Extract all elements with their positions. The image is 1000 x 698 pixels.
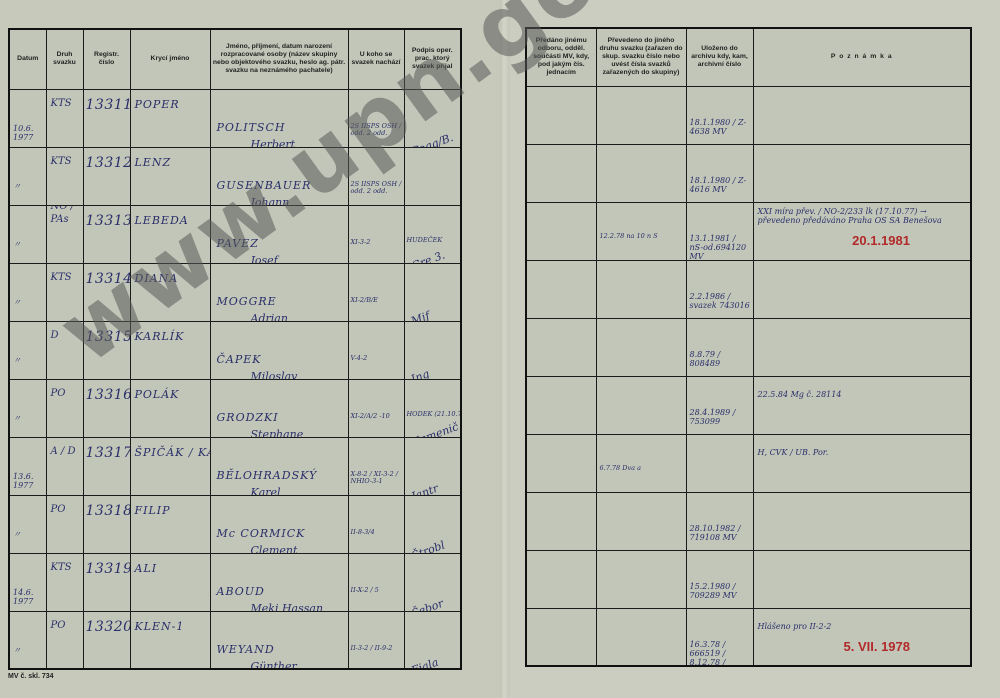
cell-location: V-4-2: [348, 321, 404, 379]
note-text: XXI míra přev. / NO-2/233 lk (17.10.77) …: [758, 207, 968, 225]
signature-note: HUDEČEK: [407, 237, 443, 244]
signature-note: HODEK (21.10.78): [407, 411, 462, 418]
cell-handover: [526, 260, 596, 318]
cell-date: 〃: [9, 611, 46, 669]
cell-archived: 18.1.1980 / Z-4638 MV: [686, 86, 753, 144]
cell-location: 2S IISPS OSH / odd. 2 odd.: [348, 89, 404, 147]
signature: Gre 3.: [409, 248, 446, 263]
location-text: X-8-2 / XI-3-2 / NHIO-3-1: [351, 471, 403, 485]
location-text: 2S IISPS OSH / odd. 2 odd.: [351, 181, 403, 195]
type-text: KTS: [51, 155, 81, 168]
cell-reg: 13320: [83, 611, 130, 669]
cell-converted: [596, 376, 686, 434]
header-registr-cislo: Registr. číslo: [83, 29, 130, 89]
location-text: V-4-2: [351, 355, 403, 362]
location-text: XI-2/B/E: [351, 297, 403, 304]
cell-person: WEYAND Günther 6.11.1919: [210, 611, 348, 669]
reg-number: 13319: [86, 563, 131, 576]
cell-archived: [686, 434, 753, 492]
cell-note: 5. VII. 1978 Hlášeno pro II-2-2: [753, 608, 971, 666]
type-text: PO: [51, 503, 81, 516]
cell-converted: [596, 86, 686, 144]
header-predano: Předáno jinému odboru, odděl. součásti M…: [526, 28, 596, 86]
signature: Šebor: [409, 597, 444, 611]
table-row: 18.1.1980 / Z-4638 MV: [526, 86, 971, 144]
cell-type: PO: [46, 379, 83, 437]
cell-handover: [526, 434, 596, 492]
cell-converted: [596, 608, 686, 666]
date-text: 〃: [13, 530, 43, 539]
cell-handover: [526, 376, 596, 434]
cell-date: 〃: [9, 379, 46, 437]
cell-note: [753, 260, 971, 318]
cell-cover-name: ŠPIČÁK / KAREL: [130, 437, 210, 495]
cell-location: XI-3-2: [348, 205, 404, 263]
date-text: 10.6. 1977: [13, 124, 43, 142]
cell-signature: Jantr: [404, 437, 461, 495]
cell-cover-name: LEBEDA: [130, 205, 210, 263]
cell-archived: 28.4.1989 / 753099: [686, 376, 753, 434]
type-text: PO: [51, 387, 81, 400]
header-poznamka: P o z n á m k a: [753, 28, 971, 86]
cell-reg: 13314: [83, 263, 130, 321]
table-row: 13.6. 1977 A / D 13317 ŠPIČÁK / KAREL BĚ…: [9, 437, 461, 495]
cell-cover-name: POPER: [130, 89, 210, 147]
form-code: MV č. skl. 734: [8, 673, 54, 680]
cell-handover: [526, 318, 596, 376]
cell-reg: 13318: [83, 495, 130, 553]
header-podpis: Podpis oper. prac. ktorý svazek přijal: [404, 29, 461, 89]
cell-reg: 13317: [83, 437, 130, 495]
cell-archived: 18.1.1980 / Z-4616 MV: [686, 144, 753, 202]
date-text: 14.6. 1977: [13, 588, 43, 606]
cell-signature: HUDEČEK Gre 3.: [404, 205, 461, 263]
cell-person: MOGGRE Adrian 18.2.1924: [210, 263, 348, 321]
table-row: 2.2.1986 / svazek 743016: [526, 260, 971, 318]
type-text: KTS: [51, 271, 81, 284]
type-text: D: [51, 329, 81, 342]
note-text: Hlášeno pro II-2-2: [758, 622, 968, 631]
reg-number: 13313: [86, 215, 131, 228]
cell-converted: [596, 144, 686, 202]
date-text: 〃: [13, 240, 43, 249]
header-kryci-jmeno: Krycí jméno: [130, 29, 210, 89]
cell-cover-name: KARLÍK: [130, 321, 210, 379]
cover-name: LEBEDA: [135, 214, 189, 227]
cover-name: KLEN-1: [135, 620, 185, 633]
archived-text: 28.10.1982 / 719108 MV: [690, 524, 752, 542]
cover-name: LENZ: [135, 156, 172, 169]
archived-text: 8.8.79 / 808489: [690, 350, 752, 368]
cell-cover-name: KLEN-1: [130, 611, 210, 669]
archived-text: 18.1.1980 / Z-4616 MV: [690, 176, 752, 194]
location-text: II-8-3/4: [351, 529, 403, 536]
right-table-header: Předáno jinému odboru, odděl. součásti M…: [526, 28, 971, 86]
date-text: 〃: [13, 414, 43, 423]
signature: Fiala: [409, 655, 440, 669]
person-surname: POLITSCH: [217, 121, 286, 134]
cell-person: POLITSCH Herbert 8.10.1935: [210, 89, 348, 147]
signature: Štrobl: [409, 539, 446, 553]
converted-text: 12.2.78 na 10 n S: [600, 233, 658, 240]
table-row: 28.10.1982 / 719108 MV: [526, 492, 971, 550]
cell-type: KTS: [46, 263, 83, 321]
cell-person: GUSENBAUER Johann 22.11.1942: [210, 147, 348, 205]
cell-cover-name: FILIP: [130, 495, 210, 553]
cover-name: ALI: [135, 562, 158, 575]
cell-signature: Mif: [404, 263, 461, 321]
type-text: NO / PAs: [51, 205, 81, 226]
cell-note: [753, 86, 971, 144]
person-surname: WEYAND: [217, 643, 275, 656]
person-given-name: Herbert: [251, 138, 296, 147]
cell-note: 20.1.1981 XXI míra přev. / NO-2/233 lk (…: [753, 202, 971, 260]
header-jmeno-prijmeni: Jméno, příjmení, datum narození rozpraco…: [210, 29, 348, 89]
signature: Jantr: [409, 482, 440, 495]
archived-text: 15.2.1980 / 709289 MV: [690, 582, 752, 600]
cell-handover: [526, 550, 596, 608]
left-register-table: Datum Druh svazku Registr. číslo Krycí j…: [8, 28, 462, 670]
cell-date: 〃: [9, 321, 46, 379]
person-surname: Mc CORMICK: [217, 527, 306, 540]
person-given-name: Stephane: [251, 428, 304, 437]
person-surname: ČAPEK: [217, 353, 262, 366]
cell-type: PO: [46, 495, 83, 553]
cell-signature: HODEK (21.10.78) Kamenič: [404, 379, 461, 437]
reg-number: 13311: [86, 99, 131, 112]
cell-signature: Ing: [404, 321, 461, 379]
archived-text: 16.3.78 / 666519 / 8.12.78 / 666519 MV: [690, 640, 752, 666]
cell-type: D: [46, 321, 83, 379]
person-surname: GUSENBAUER: [217, 179, 312, 192]
cell-type: A / D: [46, 437, 83, 495]
cell-person: Mc CORMICK Clement 23.12.1929: [210, 495, 348, 553]
cell-archived: 15.2.1980 / 709289 MV: [686, 550, 753, 608]
cell-type: KTS: [46, 553, 83, 611]
date-text: 〃: [13, 646, 43, 655]
header-u-koho: U koho se svazek nachází: [348, 29, 404, 89]
signature: Mif: [409, 309, 431, 321]
person-given-name: Meki Hassan: [251, 602, 324, 611]
cell-person: BĚLOHRADSKÝ Karel 7.11.1943: [210, 437, 348, 495]
reg-number: 13315: [86, 331, 131, 344]
cell-type: KTS: [46, 147, 83, 205]
table-row: 〃 KTS 13314 DIANA MOGGRE Adrian 18.2.192…: [9, 263, 461, 321]
cell-archived: 28.10.1982 / 719108 MV: [686, 492, 753, 550]
person-given-name: Günther: [251, 660, 297, 669]
person-given-name: Johann: [251, 196, 290, 205]
cell-handover: [526, 202, 596, 260]
reg-number: 13320: [86, 621, 131, 634]
cell-handover: [526, 86, 596, 144]
table-row: 6.7.78 Dva a H, CVK / UB. Por.: [526, 434, 971, 492]
cell-reg: 13311: [83, 89, 130, 147]
reg-number: 13312: [86, 157, 131, 170]
cell-person: PAVEZ Josef 25.10.1944: [210, 205, 348, 263]
cover-name: POLÁK: [135, 388, 180, 401]
archived-text: 18.1.1980 / Z-4638 MV: [690, 118, 752, 136]
location-text: 2S IISPS OSH / odd. 2 odd.: [351, 123, 403, 137]
cell-handover: [526, 608, 596, 666]
table-row: 15.2.1980 / 709289 MV: [526, 550, 971, 608]
person-given-name: Adrian: [251, 312, 288, 321]
table-row: 〃 PO 13318 FILIP Mc CORMICK Clement 23.1…: [9, 495, 461, 553]
note-text: 22.5.84 Mg č. 28114: [758, 390, 968, 399]
table-row: 〃 D 13315 KARLÍK ČAPEK Miloslav 17.2.192…: [9, 321, 461, 379]
reg-number: 13316: [86, 389, 131, 402]
person-surname: BĚLOHRADSKÝ: [217, 469, 318, 482]
date-text: 〃: [13, 182, 43, 191]
header-ulozeno: Uloženo do archivu kdy, kam, archivní čí…: [686, 28, 753, 86]
cell-location: XI-2/B/E: [348, 263, 404, 321]
cell-signature: Štrobl: [404, 495, 461, 553]
cell-date: 〃: [9, 205, 46, 263]
cover-name: ŠPIČÁK / KAREL: [135, 446, 211, 459]
reg-number: 13317: [86, 447, 131, 460]
cell-reg: 13312: [83, 147, 130, 205]
cell-converted: [596, 550, 686, 608]
cell-date: 10.6. 1977: [9, 89, 46, 147]
cell-person: ABOUD Meki Hassan 3.9.1944: [210, 553, 348, 611]
location-text: XI-2/A/2 -10: [351, 413, 403, 420]
signature: Kamenič: [410, 420, 460, 437]
archived-text: 2.2.1986 / svazek 743016: [690, 292, 752, 310]
cover-name: POPER: [135, 98, 180, 111]
header-druh-svazku: Druh svazku: [46, 29, 83, 89]
cell-location: II-3-2 / II-9-2: [348, 611, 404, 669]
type-text: KTS: [51, 97, 81, 110]
cell-date: 13.6. 1977: [9, 437, 46, 495]
signature: Ing: [409, 367, 431, 379]
date-text: 〃: [13, 356, 43, 365]
table-row: 28.4.1989 / 753099 22.5.84 Mg č. 28114: [526, 376, 971, 434]
note-text: H, CVK / UB. Por.: [758, 448, 968, 457]
cell-signature: [404, 147, 461, 205]
cover-name: KARLÍK: [135, 330, 185, 343]
cell-handover: [526, 492, 596, 550]
location-text: II-3-2 / II-9-2: [351, 645, 403, 652]
cell-converted: 12.2.78 na 10 n S: [596, 202, 686, 260]
table-row: 10.6. 1977 KTS 13311 POPER POLITSCH Herb…: [9, 89, 461, 147]
cell-reg: 13319: [83, 553, 130, 611]
archived-text: 13.1.1981 / nS-od.694120 MV: [690, 234, 752, 260]
cover-name: FILIP: [135, 504, 171, 517]
cell-location: XI-2/A/2 -10: [348, 379, 404, 437]
archived-text: 28.4.1989 / 753099: [690, 408, 752, 426]
cell-note: H, CVK / UB. Por.: [753, 434, 971, 492]
signature: Pogg/B.: [410, 131, 455, 147]
cell-signature: Šebor: [404, 553, 461, 611]
date-text: 13.6. 1977: [13, 472, 43, 490]
table-row: 14.6. 1977 KTS 13319 ALI ABOUD Meki Hass…: [9, 553, 461, 611]
cell-converted: 6.7.78 Dva a: [596, 434, 686, 492]
table-row: 〃 NO / PAs 13313 LEBEDA PAVEZ Josef 25.1…: [9, 205, 461, 263]
cell-archived: 8.8.79 / 808489: [686, 318, 753, 376]
location-text: II-X-2 / 5: [351, 587, 403, 594]
cell-handover: [526, 144, 596, 202]
cell-location: II-X-2 / 5: [348, 553, 404, 611]
cell-cover-name: LENZ: [130, 147, 210, 205]
cell-reg: 13313: [83, 205, 130, 263]
table-row: 8.8.79 / 808489: [526, 318, 971, 376]
person-surname: PAVEZ: [217, 237, 259, 250]
person-surname: GRODZKI: [217, 411, 279, 424]
cell-date: 14.6. 1977: [9, 553, 46, 611]
date-text: 〃: [13, 298, 43, 307]
cell-date: 〃: [9, 147, 46, 205]
cell-archived: 16.3.78 / 666519 / 8.12.78 / 666519 MV: [686, 608, 753, 666]
table-row: 16.3.78 / 666519 / 8.12.78 / 666519 MV 5…: [526, 608, 971, 666]
cell-date: 〃: [9, 263, 46, 321]
header-datum: Datum: [9, 29, 46, 89]
left-table-header: Datum Druh svazku Registr. číslo Krycí j…: [9, 29, 461, 89]
reg-number: 13318: [86, 505, 131, 518]
person-given-name: Miloslav: [251, 370, 298, 379]
reg-number: 13314: [86, 273, 131, 286]
header-prevedeno: Převedeno do jiného druhu svazku (zařaze…: [596, 28, 686, 86]
cell-archived: 2.2.1986 / svazek 743016: [686, 260, 753, 318]
right-register-table: Předáno jinému odboru, odděl. součásti M…: [525, 27, 972, 667]
cell-cover-name: DIANA: [130, 263, 210, 321]
cell-cover-name: ALI: [130, 553, 210, 611]
person-surname: ABOUD: [217, 585, 265, 598]
person-surname: MOGGRE: [217, 295, 277, 308]
cell-location: II-8-3/4: [348, 495, 404, 553]
cell-signature: Pogg/B.: [404, 89, 461, 147]
date-stamp: 5. VII. 1978: [844, 639, 911, 654]
cell-location: X-8-2 / XI-3-2 / NHIO-3-1: [348, 437, 404, 495]
book-gutter: [500, 0, 510, 698]
cell-note: 22.5.84 Mg č. 28114: [753, 376, 971, 434]
cell-type: NO / PAs: [46, 205, 83, 263]
cell-type: KTS: [46, 89, 83, 147]
person-given-name: Karel: [251, 486, 281, 495]
location-text: XI-3-2: [351, 239, 403, 246]
table-row: 12.2.78 na 10 n S 13.1.1981 / nS-od.6941…: [526, 202, 971, 260]
cell-reg: 13316: [83, 379, 130, 437]
cell-type: PO: [46, 611, 83, 669]
type-text: PO: [51, 619, 81, 632]
table-row: 18.1.1980 / Z-4616 MV: [526, 144, 971, 202]
cell-cover-name: POLÁK: [130, 379, 210, 437]
cell-converted: [596, 492, 686, 550]
cell-reg: 13315: [83, 321, 130, 379]
cell-date: 〃: [9, 495, 46, 553]
cell-note: [753, 550, 971, 608]
person-given-name: Clement: [251, 544, 298, 553]
cell-note: [753, 492, 971, 550]
cell-note: [753, 318, 971, 376]
cell-note: [753, 144, 971, 202]
person-given-name: Josef: [251, 254, 278, 263]
table-row: 〃 PO 13316 POLÁK GRODZKI Stephane 8.8.19…: [9, 379, 461, 437]
cell-archived: 13.1.1981 / nS-od.694120 MV: [686, 202, 753, 260]
cell-converted: [596, 260, 686, 318]
table-row: 〃 KTS 13312 LENZ GUSENBAUER Johann 22.11…: [9, 147, 461, 205]
cell-person: ČAPEK Miloslav 17.2.1924: [210, 321, 348, 379]
cell-person: GRODZKI Stephane 8.8.1936: [210, 379, 348, 437]
table-row: 〃 PO 13320 KLEN-1 WEYAND Günther 6.11.19…: [9, 611, 461, 669]
type-text: A / D: [51, 445, 81, 458]
cell-location: 2S IISPS OSH / odd. 2 odd.: [348, 147, 404, 205]
cover-name: DIANA: [135, 272, 179, 285]
converted-text: 6.7.78 Dva a: [600, 465, 641, 472]
cell-signature: Fiala: [404, 611, 461, 669]
cell-converted: [596, 318, 686, 376]
date-stamp: 20.1.1981: [852, 233, 910, 248]
type-text: KTS: [51, 561, 81, 574]
